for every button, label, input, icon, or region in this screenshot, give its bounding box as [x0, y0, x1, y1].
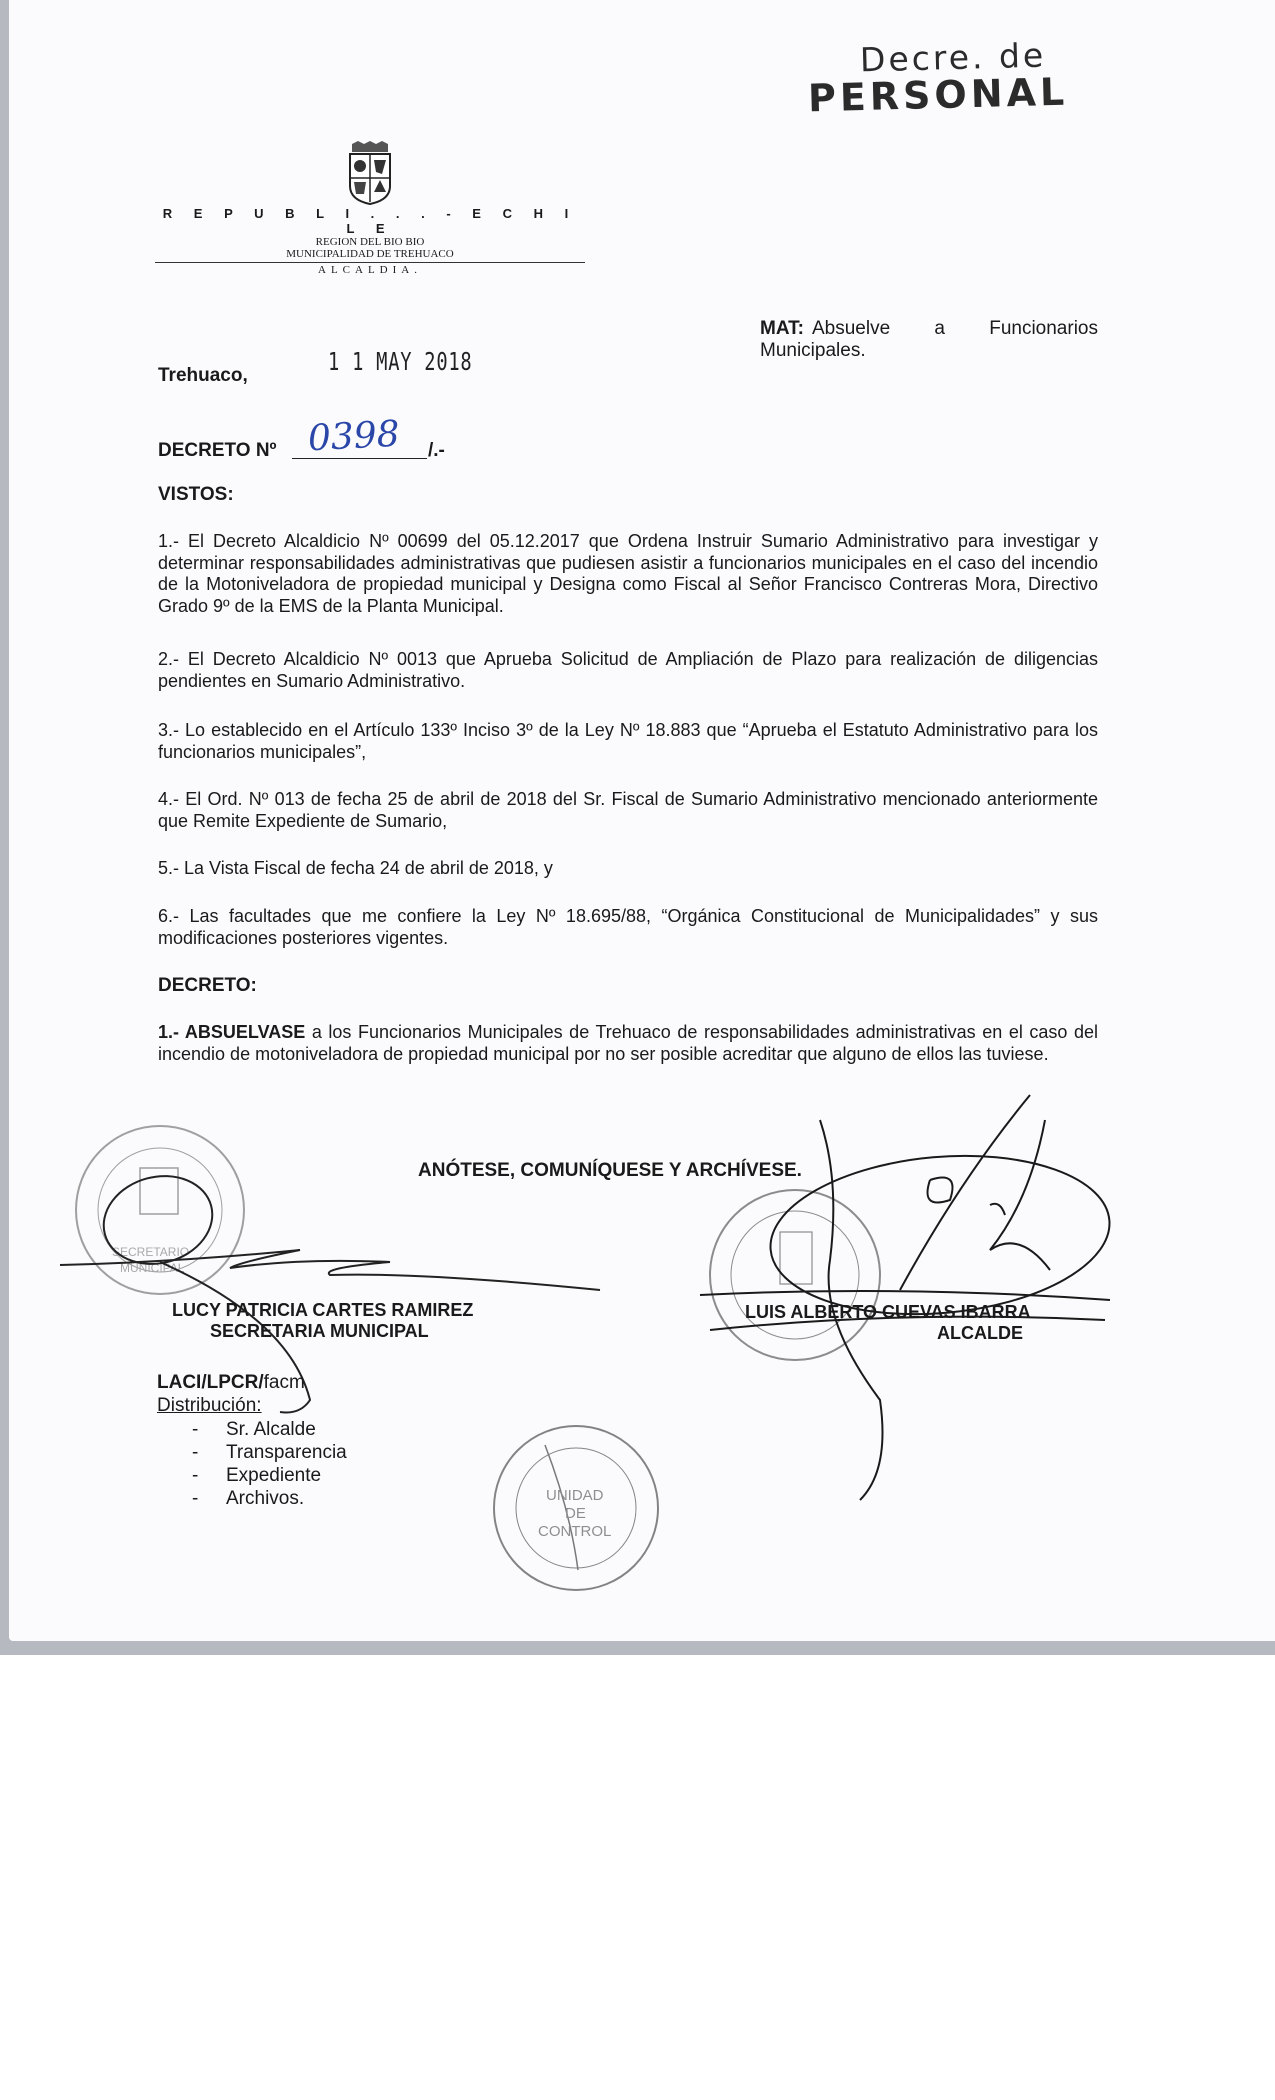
svg-text:UNIDAD: UNIDAD [546, 1487, 604, 1504]
alcalde-signature-block: LUIS ALBERTO CUEVAS IBARRA ALCALDE [745, 1302, 1031, 1344]
distribution-item: -Sr. Alcalde [192, 1418, 347, 1441]
control-seal-icon: UNIDAD DE CONTROL [494, 1426, 658, 1590]
reference-initials: LACI/LPCR/facm [157, 1372, 305, 1394]
secretaria-role: SECRETARIA MUNICIPAL [210, 1321, 473, 1342]
svg-text:CONTROL: CONTROL [538, 1523, 611, 1540]
reference-initials-bold: LACI/LPCR/ [157, 1372, 264, 1393]
svg-text:DE: DE [565, 1505, 586, 1522]
distribution-item-label: Sr. Alcalde [226, 1419, 316, 1440]
secretaria-signature [60, 1164, 600, 1412]
reference-initials-rest: facm [264, 1372, 305, 1393]
distribution-item: -Expediente [192, 1464, 347, 1487]
alcalde-signature [700, 1095, 1116, 1500]
secretaria-signature-block: LUCY PATRICIA CARTES RAMIREZ SECRETARIA … [172, 1300, 473, 1342]
secretaria-name: LUCY PATRICIA CARTES RAMIREZ [172, 1300, 473, 1321]
alcalde-role: ALCALDE [937, 1323, 1031, 1344]
distribution-item: -Archivos. [192, 1487, 347, 1510]
distribution-title: Distribución: [157, 1395, 262, 1417]
alcalde-name: LUIS ALBERTO CUEVAS IBARRA [745, 1302, 1031, 1323]
distribution-item-label: Transparencia [226, 1442, 347, 1463]
distribution-item-label: Expediente [226, 1465, 321, 1486]
distribution-list: -Sr. Alcalde -Transparencia -Expediente … [192, 1418, 347, 1510]
secretaria-seal-icon: SECRETARIO MUNICIPAL [76, 1126, 244, 1294]
distribution-item-label: Archivos. [226, 1488, 304, 1509]
distribution-item: -Transparencia [192, 1441, 347, 1464]
